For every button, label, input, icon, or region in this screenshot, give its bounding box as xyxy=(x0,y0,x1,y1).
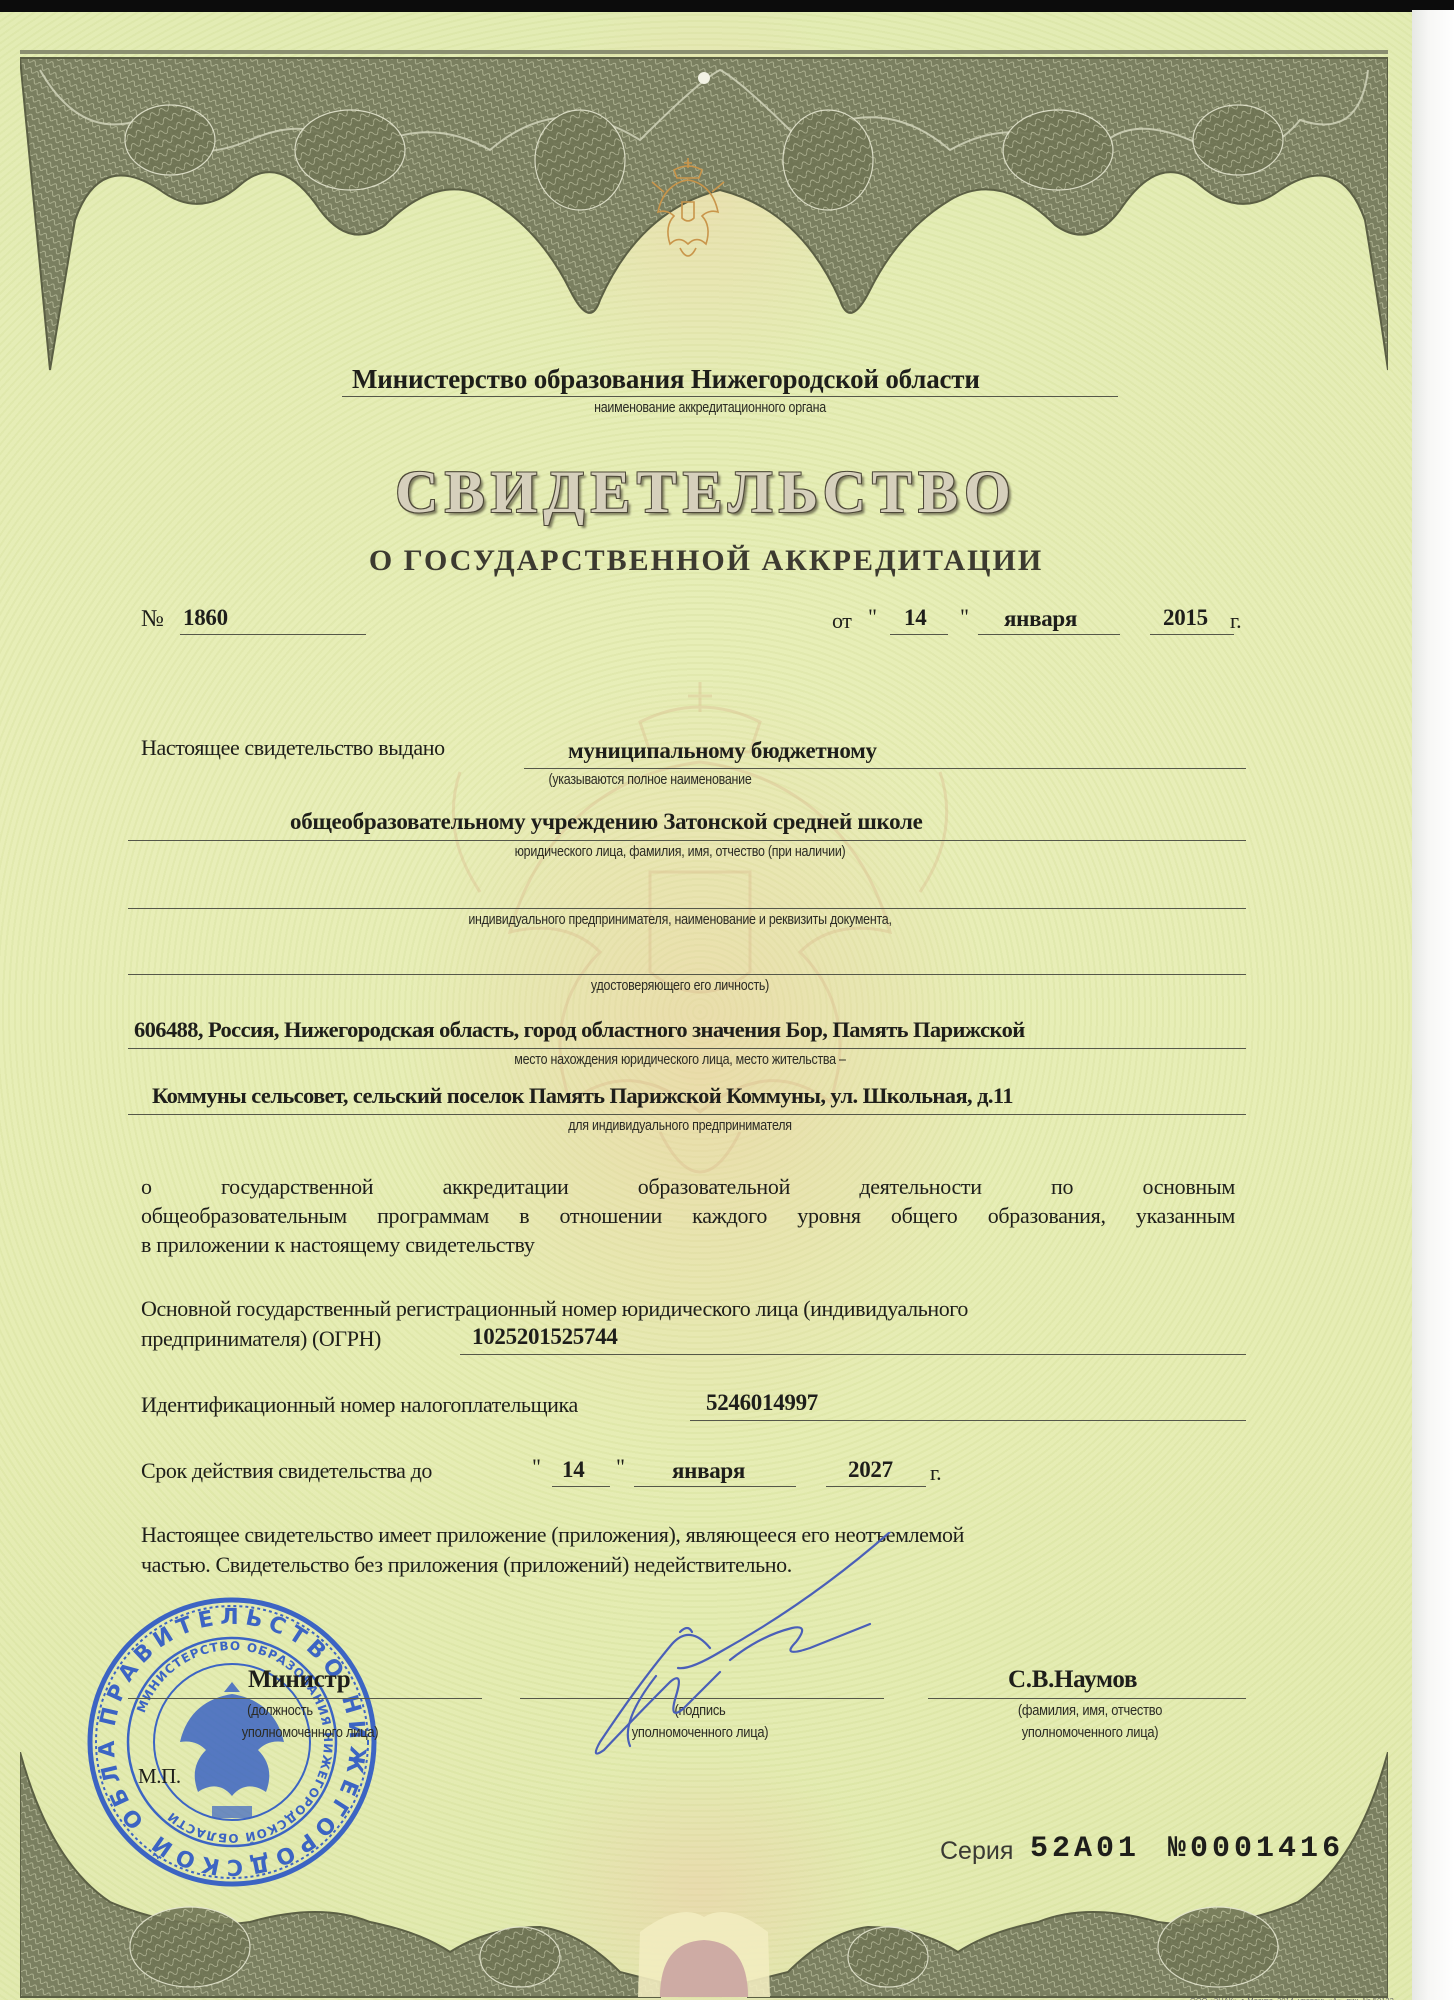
day-underline xyxy=(890,634,948,635)
inn-value: 5246014997 xyxy=(706,1390,818,1416)
address-underline-1 xyxy=(128,1048,1246,1049)
coat-of-arms-icon xyxy=(644,152,732,272)
issued-to-underline-1 xyxy=(524,768,1246,769)
ogrn-label-line-2: предпринимателя) (ОГРН) xyxy=(141,1326,381,1352)
valid-month-underline xyxy=(634,1486,796,1487)
issue-year: 2015 xyxy=(1163,605,1208,631)
certificate-paper: Министерство образования Нижегородской о… xyxy=(0,12,1412,2000)
certificate-number: 1860 xyxy=(183,605,228,631)
issued-to-caption-4: удостоверяющего его личность) xyxy=(551,978,809,994)
series-number: 52А01 №0001416 xyxy=(1030,1832,1344,1866)
position-caption-2: уполномоченного лица) xyxy=(233,1724,388,1741)
valid-year-suffix: г. xyxy=(930,1460,941,1486)
position-underline xyxy=(128,1698,482,1699)
ogrn-label-line-1: Основной государственный регистрационный… xyxy=(141,1296,968,1322)
address-underline-2 xyxy=(128,1114,1246,1115)
signatory-name: С.В.Наумов xyxy=(1008,1666,1137,1694)
name-caption-2: уполномоченного лица) xyxy=(1004,1724,1176,1741)
ogrn-underline xyxy=(460,1354,1246,1355)
issued-to-underline-4 xyxy=(128,974,1246,975)
accreditation-purpose: о государственной аккредитации образоват… xyxy=(141,1172,1235,1259)
scan-edge-right xyxy=(1412,10,1454,2000)
valid-day-underline xyxy=(552,1486,610,1487)
ogrn-value: 1025201525744 xyxy=(472,1324,618,1350)
series-number-label: № xyxy=(1168,1832,1190,1866)
address-line-1: 606488, Россия, Нижегородская область, г… xyxy=(134,1017,1025,1043)
number-label: № xyxy=(141,606,164,633)
handwritten-signature xyxy=(560,1532,920,1772)
issued-to-caption-1: (указываются полное наименование xyxy=(521,772,779,788)
printer-imprint: ООО «ЗНАК», г. Москва, 2014, уровень «А»… xyxy=(1190,1996,1394,2000)
name-underline xyxy=(928,1698,1246,1699)
issued-to-underline-3 xyxy=(128,908,1246,909)
issued-to-caption-3: индивидуального предпринимателя, наимено… xyxy=(405,912,955,928)
issuing-body-caption: наименование аккредитационного органа xyxy=(547,400,874,416)
issued-to-caption-2: юридического лица, фамилия, имя, отчеств… xyxy=(456,844,903,860)
inn-underline xyxy=(690,1420,1246,1421)
valid-until-label: Срок действия свидетельства до xyxy=(141,1458,432,1484)
purpose-line-2: общеобразовательным программам в отношен… xyxy=(141,1201,1235,1230)
number-underline xyxy=(180,634,366,635)
date-quote-close: " xyxy=(960,604,969,630)
bottom-ornament-border xyxy=(20,1752,1388,2000)
issued-to-line-2: общеобразовательному учреждению Затонско… xyxy=(290,809,923,835)
inn-label: Идентификационный номер налогоплательщик… xyxy=(141,1392,578,1418)
purpose-line-3: в приложении к настоящему свидетельству xyxy=(141,1230,1235,1259)
issued-to-underline-2 xyxy=(128,840,1246,841)
year-underline xyxy=(1150,634,1234,635)
month-underline xyxy=(978,634,1120,635)
document-title: СВИДЕТЕЛЬСТВО xyxy=(0,458,1412,527)
year-suffix: г. xyxy=(1230,608,1241,634)
issuing-body-underline xyxy=(342,396,1118,397)
issued-to-label: Настоящее свидетельство выдано xyxy=(141,735,445,761)
valid-quote-close: " xyxy=(616,1454,625,1480)
address-caption-1: место нахождения юридического лица, мест… xyxy=(456,1052,903,1068)
document-subtitle: О ГОСУДАРСТВЕННОЙ АККРЕДИТАЦИИ xyxy=(0,544,1412,578)
position-caption-1: (должность xyxy=(228,1702,331,1719)
address-line-2: Коммуны сельсовет, сельский поселок Памя… xyxy=(152,1083,1013,1109)
valid-year-underline xyxy=(826,1486,926,1487)
blank-number: 0001416 xyxy=(1190,1832,1344,1866)
purpose-line-1: о государственной аккредитации образоват… xyxy=(141,1172,1235,1201)
series-label: Серия xyxy=(940,1837,1013,1866)
valid-month: января xyxy=(672,1458,745,1484)
signatory-position: Министр xyxy=(248,1666,350,1694)
date-quote-open: " xyxy=(868,604,877,630)
address-caption-2: для индивидуального предпринимателя xyxy=(525,1118,835,1134)
valid-quote-open: " xyxy=(532,1454,541,1480)
name-caption-1: (фамилия, имя, отчество xyxy=(1004,1702,1176,1719)
valid-day: 14 xyxy=(562,1457,584,1483)
issue-month: января xyxy=(1004,606,1077,632)
date-prefix: от xyxy=(832,608,852,634)
valid-year: 2027 xyxy=(848,1457,893,1483)
issued-to-line-1: муниципальному бюджетному xyxy=(568,738,877,764)
issue-day: 14 xyxy=(904,605,926,631)
series-value: 52А01 xyxy=(1030,1832,1140,1866)
issuing-body: Министерство образования Нижегородской о… xyxy=(352,364,980,395)
